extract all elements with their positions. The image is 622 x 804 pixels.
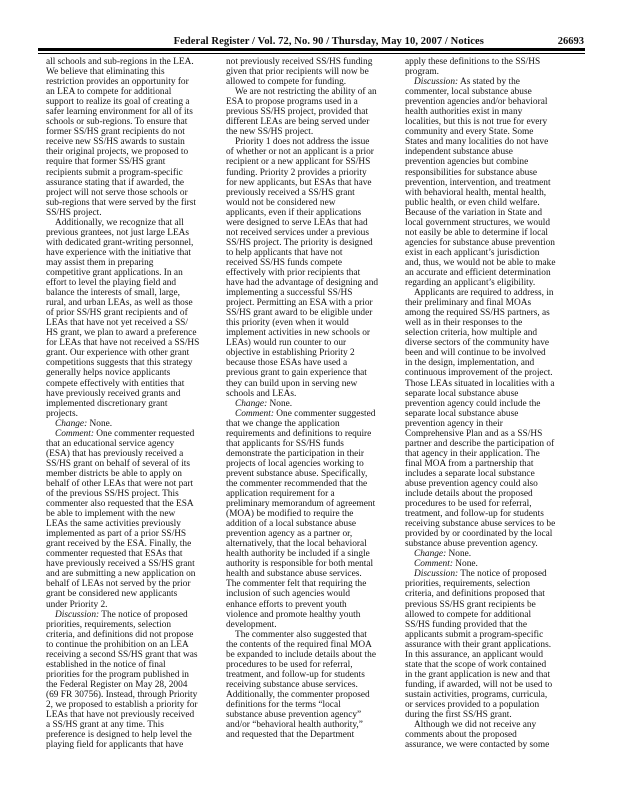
line-text: demonstrate the participation in their — [226, 449, 364, 459]
text-line: implementing a successful SS/HS — [226, 288, 416, 298]
line-text: former SS/HS grant recipients do not — [46, 127, 185, 137]
text-line: health and substance abuse services. — [226, 569, 416, 579]
text-line: application requirement for a — [226, 489, 416, 499]
text-column-3: apply these definitions to the SS/HSprog… — [405, 57, 595, 750]
line-text: in the grant application is new and that — [405, 670, 550, 680]
line-text: implementing a successful SS/HS — [226, 288, 352, 298]
text-line: inclusion of such agencies would — [226, 589, 416, 599]
line-text: health and substance abuse services. — [226, 569, 362, 579]
line-text: that an educational service agency — [46, 439, 174, 449]
line-text: criteria, and definitions proposed that — [405, 589, 545, 599]
text-line: final MOA from a partnership that — [405, 459, 595, 469]
text-line: The commenter felt that requiring the — [226, 579, 416, 589]
text-line: objective in establishing Priority 2 — [226, 348, 416, 358]
text-line: that agency in their application. The — [405, 449, 595, 459]
text-line: member districts be able to apply on — [46, 469, 236, 479]
section-label: Discussion: — [55, 610, 99, 620]
line-text: None. — [453, 559, 478, 569]
line-text: addition of a local substance abuse — [226, 519, 356, 529]
line-text: definitions for the terms “local — [226, 700, 341, 710]
line-text: that we change the application — [226, 419, 340, 429]
line-text: exist in each applicant’s jurisdiction — [405, 248, 539, 258]
line-text: procedures to be used for referral, — [405, 499, 532, 509]
line-text: among the required SS/HS partners, as — [405, 308, 550, 318]
line-text: One commenter requested — [94, 429, 194, 439]
text-line: recipients submit a program-specific — [46, 168, 236, 178]
text-line: allowed to compete for additional — [405, 610, 595, 620]
text-line: Comment: One commenter requested — [46, 429, 236, 439]
line-text: Although we did not receive any — [414, 720, 536, 730]
line-text: would not be considered new — [226, 198, 336, 208]
line-text: receiving substance abuse services to be — [405, 519, 555, 529]
line-text: criteria, and definitions did not propos… — [46, 630, 193, 640]
text-line: LEAs the same activities previously — [46, 519, 236, 529]
text-line: compete effectively with entities that — [46, 379, 236, 389]
text-line: would not be considered new — [226, 198, 416, 208]
text-line: established in the notice of final — [46, 660, 236, 670]
line-text: during the first SS/HS grant. — [405, 710, 512, 720]
text-line: substance abuse prevention agency. — [405, 539, 595, 549]
text-line: not previously received SS/HS funding — [226, 57, 416, 67]
text-line: health authorities exist in many — [405, 107, 595, 117]
line-text: implemented as part of a prior SS/HS — [46, 529, 186, 539]
line-text: require that former SS/HS grant — [46, 157, 165, 167]
line-text: previous grantees, not just large LEAs — [46, 228, 189, 238]
text-line: state that the scope of work contained — [405, 660, 595, 670]
text-line: projects of local agencies working to — [226, 459, 416, 469]
text-line: the contents of the required final MOA — [226, 640, 416, 650]
text-line: applicants, even if their applications — [226, 208, 416, 218]
line-text: The notice of proposed — [99, 610, 188, 620]
line-text: procedures to be used for referral, — [226, 660, 353, 670]
line-text: schools or sub-regions. To ensure that — [46, 117, 187, 127]
text-line: In this assurance, an applicant would — [405, 650, 595, 660]
text-line: that we change the application — [226, 419, 416, 429]
text-line: comments about the proposed — [405, 730, 595, 740]
line-text: were designed to serve LEAs that had — [226, 218, 368, 228]
text-line: grant received by the ESA. Finally, the — [46, 539, 236, 549]
line-text: objective in establishing Priority 2 — [226, 348, 355, 358]
text-line: Additionally, we recognize that all — [46, 218, 236, 228]
text-line: that an educational service agency — [46, 439, 236, 449]
line-text: prevention agency in their — [405, 419, 503, 429]
line-text: prevention agency as a partner or, — [226, 529, 352, 539]
text-line: be able to implement with the new — [46, 509, 236, 519]
line-text: implement activities in new schools or — [226, 328, 370, 338]
line-text: We are not restricting the ability of an — [235, 87, 377, 97]
line-text: The commenter also suggested that — [235, 630, 367, 640]
text-line: procedures to be used for referral, — [405, 499, 595, 509]
text-line: priorities, requirements, selection — [405, 579, 595, 589]
line-text: final MOA from a partnership that — [405, 459, 533, 469]
line-text: LEAs) would run counter to our — [226, 338, 346, 348]
text-line: independent substance abuse — [405, 147, 595, 157]
text-line: competitions suggests that this strategy — [46, 358, 236, 368]
text-line: different LEAs are being served under — [226, 117, 416, 127]
line-text: or services provided to a population — [405, 700, 539, 710]
line-text: projects. — [46, 409, 78, 419]
line-text: project will not serve those schools or — [46, 188, 188, 198]
line-text: selection criteria, how multiple and — [405, 328, 537, 338]
text-line: partner and describe the participation o… — [405, 439, 595, 449]
line-text: SS/HS project. — [46, 208, 102, 218]
text-line: Discussion: As stated by the — [405, 77, 595, 87]
text-line: have experience with the initiative that — [46, 248, 236, 258]
line-text: that agency in their application. The — [405, 449, 540, 459]
text-line: schools or sub-regions. To ensure that — [46, 117, 236, 127]
line-text: an LEA to compete for additional — [46, 87, 171, 97]
line-text: prevention agencies and/or behavioral — [405, 97, 547, 107]
line-text: LEAs that have not previously received — [46, 710, 194, 720]
line-text: local government structures, we would — [405, 218, 550, 228]
line-text: have previously received grants and — [46, 389, 180, 399]
line-text: generally helps novice applicants — [46, 368, 170, 378]
text-line: prevention, intervention, and treatment — [405, 178, 595, 188]
text-line: The commenter also suggested that — [226, 630, 416, 640]
text-line: Comprehensive Plan and as a SS/HS — [405, 429, 595, 439]
line-text: previously received a SS/HS grant — [226, 188, 355, 198]
text-line: definitions for the terms “local — [226, 700, 416, 710]
header-rule-thick — [38, 48, 585, 51]
text-line: the Federal Register on May 28, 2004 — [46, 680, 236, 690]
text-line: Those LEAs situated in localities with a — [405, 379, 595, 389]
line-text: prevention, intervention, and treatment — [405, 178, 551, 188]
text-line: We are not restricting the ability of an — [226, 87, 416, 97]
line-text: assurance, we were contacted by some — [405, 740, 549, 750]
line-text: SS/HS project. The priority is designed — [226, 238, 373, 248]
line-text: apply these definitions to the SS/HS — [405, 57, 540, 67]
text-line: or services provided to a population — [405, 700, 595, 710]
line-text: allowed to compete for funding. — [226, 77, 346, 87]
line-text: grant. Our experience with other grant — [46, 348, 189, 358]
line-text: the new SS/HS project. — [226, 127, 313, 137]
text-line: schools and LEAs. — [226, 389, 416, 399]
line-text: not received services under a previous — [226, 228, 369, 238]
line-text: safer learning environment for all of it… — [46, 107, 193, 117]
line-text: Comprehensive Plan and as a SS/HS — [405, 429, 542, 439]
line-text: agencies for substance abuse prevention — [405, 238, 555, 248]
text-line: have previously received a SS/HS grant — [46, 559, 236, 569]
text-line: sub-regions that were served by the firs… — [46, 198, 236, 208]
line-text: include details about the proposed — [405, 489, 533, 499]
text-line: were designed to serve LEAs that had — [226, 218, 416, 228]
line-text: partner and describe the participation o… — [405, 439, 554, 449]
line-text: this priority (even when it would — [226, 318, 349, 328]
page-number: 26693 — [548, 36, 584, 48]
line-text: comments about the proposed — [405, 730, 517, 740]
text-line: prevention agency could include the — [405, 399, 595, 409]
line-text: One commenter suggested — [274, 409, 375, 419]
text-line: substance abuse prevention agency” — [226, 710, 416, 720]
text-line: separate local substance abuse — [405, 389, 595, 399]
text-line: LEAs that have not yet received a SS/ — [46, 318, 236, 328]
line-text: funding, if awarded, will not be used to — [405, 680, 552, 690]
text-line: previous grantees, not just large LEAs — [46, 228, 236, 238]
line-text: substance abuse prevention agency” — [226, 710, 361, 720]
text-line: projects. — [46, 409, 236, 419]
line-text: We believe that eliminating this — [46, 67, 165, 77]
text-line: treatment, and follow-up for students — [405, 509, 595, 519]
line-text: treatment, and follow-up for students — [405, 509, 544, 519]
text-line: well as in their responses to the — [405, 318, 595, 328]
line-text: Priority 1 does not address the issue — [235, 137, 369, 147]
text-line: Comment: None. — [405, 559, 595, 569]
line-text: health authorities exist in many — [405, 107, 522, 117]
line-text: grant received by the ESA. Finally, the — [46, 539, 191, 549]
text-line: effort to level the playing field and — [46, 278, 236, 288]
line-text: because those ESAs have used a — [226, 358, 347, 368]
line-text: the Federal Register on May 28, 2004 — [46, 680, 187, 690]
line-text: authority is responsible for both mental — [226, 559, 373, 569]
line-text: commenter, local substance abuse — [405, 87, 532, 97]
text-line: We believe that eliminating this — [46, 67, 236, 77]
text-line: regarding an applicant’s eligibility. — [405, 278, 595, 288]
line-text: of prior SS/HS grant recipients and of — [46, 308, 188, 318]
line-text: their original projects, we proposed to — [46, 147, 188, 157]
line-text: prevention agencies but combine — [405, 157, 528, 167]
text-line: assurance with their grant applications. — [405, 640, 595, 650]
text-line: SS/HS grant award to be eligible under — [226, 308, 416, 318]
text-line: and are submitting a new application on — [46, 569, 236, 579]
text-line: previous SS/HS project, provided that — [226, 107, 416, 117]
line-text: they can build upon in serving new — [226, 379, 357, 389]
line-text: to continue the prohibition on an LEA — [46, 640, 189, 650]
text-line: requirements and definitions to require — [226, 429, 416, 439]
text-line: sustain activities, programs, curricula, — [405, 690, 595, 700]
line-text: have had the advantage of designing and — [226, 278, 378, 288]
line-text: program. — [405, 67, 439, 77]
text-line: Change: None. — [405, 549, 595, 559]
text-line: require that former SS/HS grant — [46, 157, 236, 167]
text-line: funding, if awarded, will not be used to — [405, 680, 595, 690]
line-text: enhance efforts to prevent youth — [226, 600, 347, 610]
line-text: their preliminary and final MOAs — [405, 298, 531, 308]
text-line: implemented discretionary grant — [46, 399, 236, 409]
text-line: commenter requested that ESAs that — [46, 549, 236, 559]
text-line: allowed to compete for funding. — [226, 77, 416, 87]
line-text: funding. Priority 2 provides a priority — [226, 168, 367, 178]
header-rule-thin — [38, 53, 585, 54]
line-text: SS/HS grant on behalf of several of its — [46, 459, 190, 469]
line-text: projects of local agencies working to — [226, 459, 364, 469]
line-text: priorities for the program published in — [46, 670, 189, 680]
line-text: may assist them in preparing — [46, 258, 153, 268]
text-line: HS grant, we plan to award a preference — [46, 328, 236, 338]
text-line: receive new SS/HS awards to sustain — [46, 137, 236, 147]
line-text: different LEAs are being served under — [226, 117, 369, 127]
text-line: prevention agencies but combine — [405, 157, 595, 167]
text-line: commenter also requested that the ESA — [46, 499, 236, 509]
line-text: assurance with their grant applications. — [405, 640, 551, 650]
line-text: includes a separate local substance — [405, 469, 535, 479]
text-line: may assist them in preparing — [46, 258, 236, 268]
line-text: project. Permitting an ESA with a prior — [226, 298, 373, 308]
text-line: community and every State. Some — [405, 127, 595, 137]
text-line: (MOA) be modified to require the — [226, 509, 416, 519]
text-line: SS/HS funding provided that the — [405, 620, 595, 630]
text-line: diverse sectors of the community have — [405, 338, 595, 348]
line-text: treatment, and follow-up for students — [226, 670, 365, 680]
line-text: effectively with prior recipients that — [226, 268, 360, 278]
text-line: program. — [405, 67, 595, 77]
line-text: implemented discretionary grant — [46, 399, 167, 409]
text-line: all schools and sub-regions in the LEA. — [46, 57, 236, 67]
line-text: be able to implement with the new — [46, 509, 175, 519]
text-line: restriction provides an opportunity for — [46, 77, 236, 87]
text-line: the new SS/HS project. — [226, 127, 416, 137]
line-text: established in the notice of final — [46, 660, 166, 670]
text-line: in the grant application is new and that — [405, 670, 595, 680]
text-line: and requested that the Department — [226, 730, 416, 740]
text-line: under Priority 2. — [46, 600, 236, 610]
line-text: (69 FR 30756). Instead, through Priority — [46, 690, 197, 700]
text-line: with behavioral health, mental health, — [405, 188, 595, 198]
text-line: commenter, local substance abuse — [405, 87, 595, 97]
text-line: of the previous SS/HS project. This — [46, 489, 236, 499]
text-line: abuse prevention agency could also — [405, 479, 595, 489]
line-text: grant be considered new applicants — [46, 589, 177, 599]
text-line: with dedicated grant-writing personnel, — [46, 238, 236, 248]
text-line: during the first SS/HS grant. — [405, 710, 595, 720]
line-text: previous grant to gain experience that — [226, 368, 367, 378]
line-text: compete effectively with entities that — [46, 379, 184, 389]
line-text: applicants submit a program-specific — [405, 630, 543, 640]
text-line: balance the interests of small, large, — [46, 288, 236, 298]
text-line: for new applicants, but ESAs that have — [226, 178, 416, 188]
text-line: 2, we proposed to establish a priority f… — [46, 700, 236, 710]
line-text: in the design, implementation, and — [405, 358, 534, 368]
text-line: Change: None. — [226, 399, 416, 409]
line-text: playing field for applicants that have — [46, 740, 183, 750]
line-text: with behavioral health, mental health, — [405, 188, 546, 198]
line-text: well as in their responses to the — [405, 318, 522, 328]
text-line: implemented as part of a prior SS/HS — [46, 529, 236, 539]
line-text: Additionally, we recognize that all — [55, 218, 184, 228]
text-line: preference is designed to help level the — [46, 730, 236, 740]
text-line: implement activities in new schools or — [226, 328, 416, 338]
line-text: Additionally, the commenter proposed — [226, 690, 370, 700]
line-text: (MOA) be modified to require the — [226, 509, 353, 519]
line-text: regarding an applicant’s eligibility. — [405, 278, 535, 288]
text-line: project will not serve those schools or — [46, 188, 236, 198]
text-line: behalf of LEAs not served by the prior — [46, 579, 236, 589]
text-line: generally helps novice applicants — [46, 368, 236, 378]
text-line: grant. Our experience with other grant — [46, 348, 236, 358]
line-text: SS/HS grant award to be eligible under — [226, 308, 372, 318]
text-line: Although we did not receive any — [405, 720, 595, 730]
line-text: have previously received a SS/HS grant — [46, 559, 195, 569]
text-line: SS/HS project. — [46, 208, 236, 218]
text-line: (69 FR 30756). Instead, through Priority — [46, 690, 236, 700]
text-line: local government structures, we would — [405, 218, 595, 228]
text-line: Additionally, the commenter proposed — [226, 690, 416, 700]
text-line: funding. Priority 2 provides a priority — [226, 168, 416, 178]
text-line: localities, but this is not true for eve… — [405, 117, 595, 127]
text-line: alternatively, that the local behavioral — [226, 539, 416, 549]
section-label: Comment: — [414, 559, 453, 569]
line-text: community and every State. Some — [405, 127, 533, 137]
line-text: prevent substance abuse. Specifically, — [226, 469, 367, 479]
text-line: former SS/HS grant recipients do not — [46, 127, 236, 137]
line-text: None. — [87, 419, 112, 429]
text-line: given that prior recipients will now be — [226, 67, 416, 77]
text-line: previous grant to gain experience that — [226, 368, 416, 378]
text-line: previously received a SS/HS grant — [226, 188, 416, 198]
line-text: recipient or a new applicant for SS/HS — [226, 157, 370, 167]
line-text: and are submitting a new application on — [46, 569, 195, 579]
line-text: Those LEAs situated in localities with a — [405, 379, 554, 389]
text-line: an accurate and efficient determination — [405, 268, 595, 278]
line-text: behalf of LEAs not served by the prior — [46, 579, 191, 589]
line-text: applicants, even if their applications — [226, 208, 361, 218]
line-text: state that the scope of work contained — [405, 660, 546, 670]
line-text: and/or “behavioral health authority,” — [226, 720, 363, 730]
text-line: receiving a second SS/HS grant that was — [46, 650, 236, 660]
line-text: Applicants are required to address, in — [414, 288, 554, 298]
line-text: development. — [226, 620, 277, 630]
text-column-1: all schools and sub-regions in the LEA.W… — [46, 57, 236, 750]
line-text: not easily be able to determine if local — [405, 228, 548, 238]
text-line: in the design, implementation, and — [405, 358, 595, 368]
line-text: previous SS/HS project, provided that — [226, 107, 368, 117]
line-text: The commenter felt that requiring the — [226, 579, 366, 589]
text-line: to continue the prohibition on an LEA — [46, 640, 236, 650]
text-line: public health, or even child welfare. — [405, 198, 595, 208]
text-line: applicants submit a program-specific — [405, 630, 595, 640]
text-line: assurance, we were contacted by some — [405, 740, 595, 750]
section-label: Comment: — [55, 429, 94, 439]
line-text: SS/HS funding provided that the — [405, 620, 527, 630]
line-text: schools and LEAs. — [226, 389, 296, 399]
line-text: receiving substance abuse services. — [226, 680, 358, 690]
line-text: commenter requested that ESAs that — [46, 549, 182, 559]
text-line: priorities, requirements, selection — [46, 620, 236, 630]
line-text: for new applicants, but ESAs that have — [226, 178, 372, 188]
text-line: not received services under a previous — [226, 228, 416, 238]
line-text: of whether or not an applicant is a prio… — [226, 147, 374, 157]
text-line: LEAs) would run counter to our — [226, 338, 416, 348]
text-line: prevention agency in their — [405, 419, 595, 429]
line-text: for LEAs that have not received a SS/HS — [46, 338, 199, 348]
running-header: Federal Register / Vol. 72, No. 90 / Thu… — [38, 36, 484, 48]
line-text: provided by or coordinated by the local — [405, 529, 552, 539]
line-text: balance the interests of small, large, — [46, 288, 180, 298]
line-text: 2, we proposed to establish a priority f… — [46, 700, 198, 710]
section-label: Discussion: — [414, 77, 458, 87]
text-line: preliminary memorandum of agreement — [226, 499, 416, 509]
line-text: behalf of other LEAs that were not part — [46, 479, 193, 489]
line-text: all schools and sub-regions in the LEA. — [46, 57, 194, 67]
text-line: playing field for applicants that have — [46, 740, 236, 750]
line-text: recipients submit a program-specific — [46, 168, 183, 178]
text-line: priorities for the program published in — [46, 670, 236, 680]
line-text: support to realize its goal of creating … — [46, 97, 189, 107]
text-line: not easily be able to determine if local — [405, 228, 595, 238]
text-line: apply these definitions to the SS/HS — [405, 57, 595, 67]
text-line: receiving substance abuse services. — [226, 680, 416, 690]
text-line: grant be considered new applicants — [46, 589, 236, 599]
line-text: separate local substance abuse — [405, 389, 518, 399]
line-text: to help applicants that have not — [226, 248, 343, 258]
line-text: with dedicated grant-writing personnel, — [46, 238, 193, 248]
line-text: prevention agency could include the — [405, 399, 540, 409]
text-line: procedures to be used for referral, — [226, 660, 416, 670]
line-text: rural, and urban LEAs, as well as those — [46, 298, 193, 308]
line-text: sub-regions that were served by the firs… — [46, 198, 196, 208]
line-text: independent substance abuse — [405, 147, 513, 157]
line-text: have experience with the initiative that — [46, 248, 191, 258]
text-line: have had the advantage of designing and — [226, 278, 416, 288]
